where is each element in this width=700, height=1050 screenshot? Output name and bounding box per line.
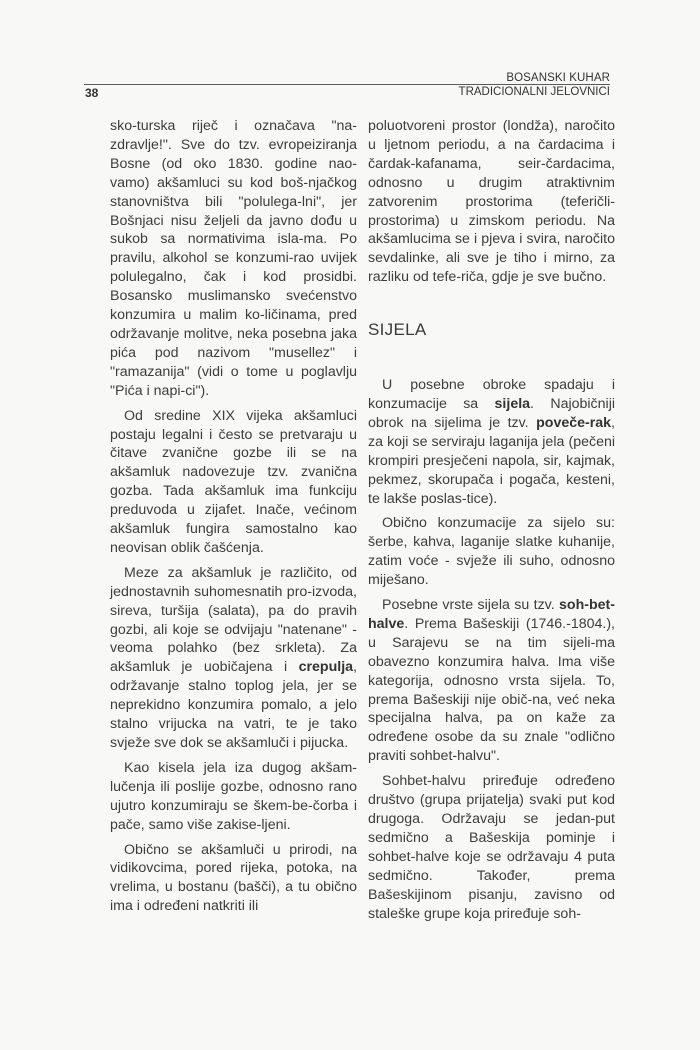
book-title: BOSANSKI KUHAR xyxy=(506,72,610,84)
paragraph: Obično se akšamluči u prirodi, na vidiko… xyxy=(110,841,357,917)
paragraph: Obično konzumacije za sijelo su: šerbe, … xyxy=(368,514,615,590)
section-heading: SIJELA xyxy=(368,321,615,340)
paragraph: Kao kisela jela iza dugog akšam-lučenja … xyxy=(110,759,357,835)
bold-term: crepulja xyxy=(299,659,353,675)
paragraph: U posebne obroke spadaju i konzumacije s… xyxy=(368,376,615,508)
paragraph: Posebne vrste sijela su tzv. soh-bet-hal… xyxy=(368,596,615,766)
paragraph: Od sredine XIX vijeka akšamluci postaju … xyxy=(110,407,357,558)
right-column: poluotvoreni prostor (londža), naročito … xyxy=(368,117,615,929)
running-header: BOSANSKI KUHAR 38 TRADICIONALNI JELOVNIC… xyxy=(84,70,610,106)
paragraph: poluotvoreni prostor (londža), naročito … xyxy=(368,117,615,287)
bold-term: soh-bet-halve xyxy=(368,597,615,632)
paragraph: sko-turska riječ i označava "na-zdravlje… xyxy=(110,117,357,401)
paragraph: Sohbet-halvu priređuje određeno društvo … xyxy=(368,772,615,923)
bold-term: sijela xyxy=(495,396,531,412)
page-number: 38 xyxy=(85,86,98,100)
bold-term: poveče-rak xyxy=(536,415,611,431)
section-title: TRADICIONALNI JELOVNICI xyxy=(459,86,610,98)
paragraph: Meze za akšamluk je različito, od jednos… xyxy=(110,564,357,753)
header-rule xyxy=(84,84,610,85)
left-column: sko-turska riječ i označava "na-zdravlje… xyxy=(110,117,357,922)
